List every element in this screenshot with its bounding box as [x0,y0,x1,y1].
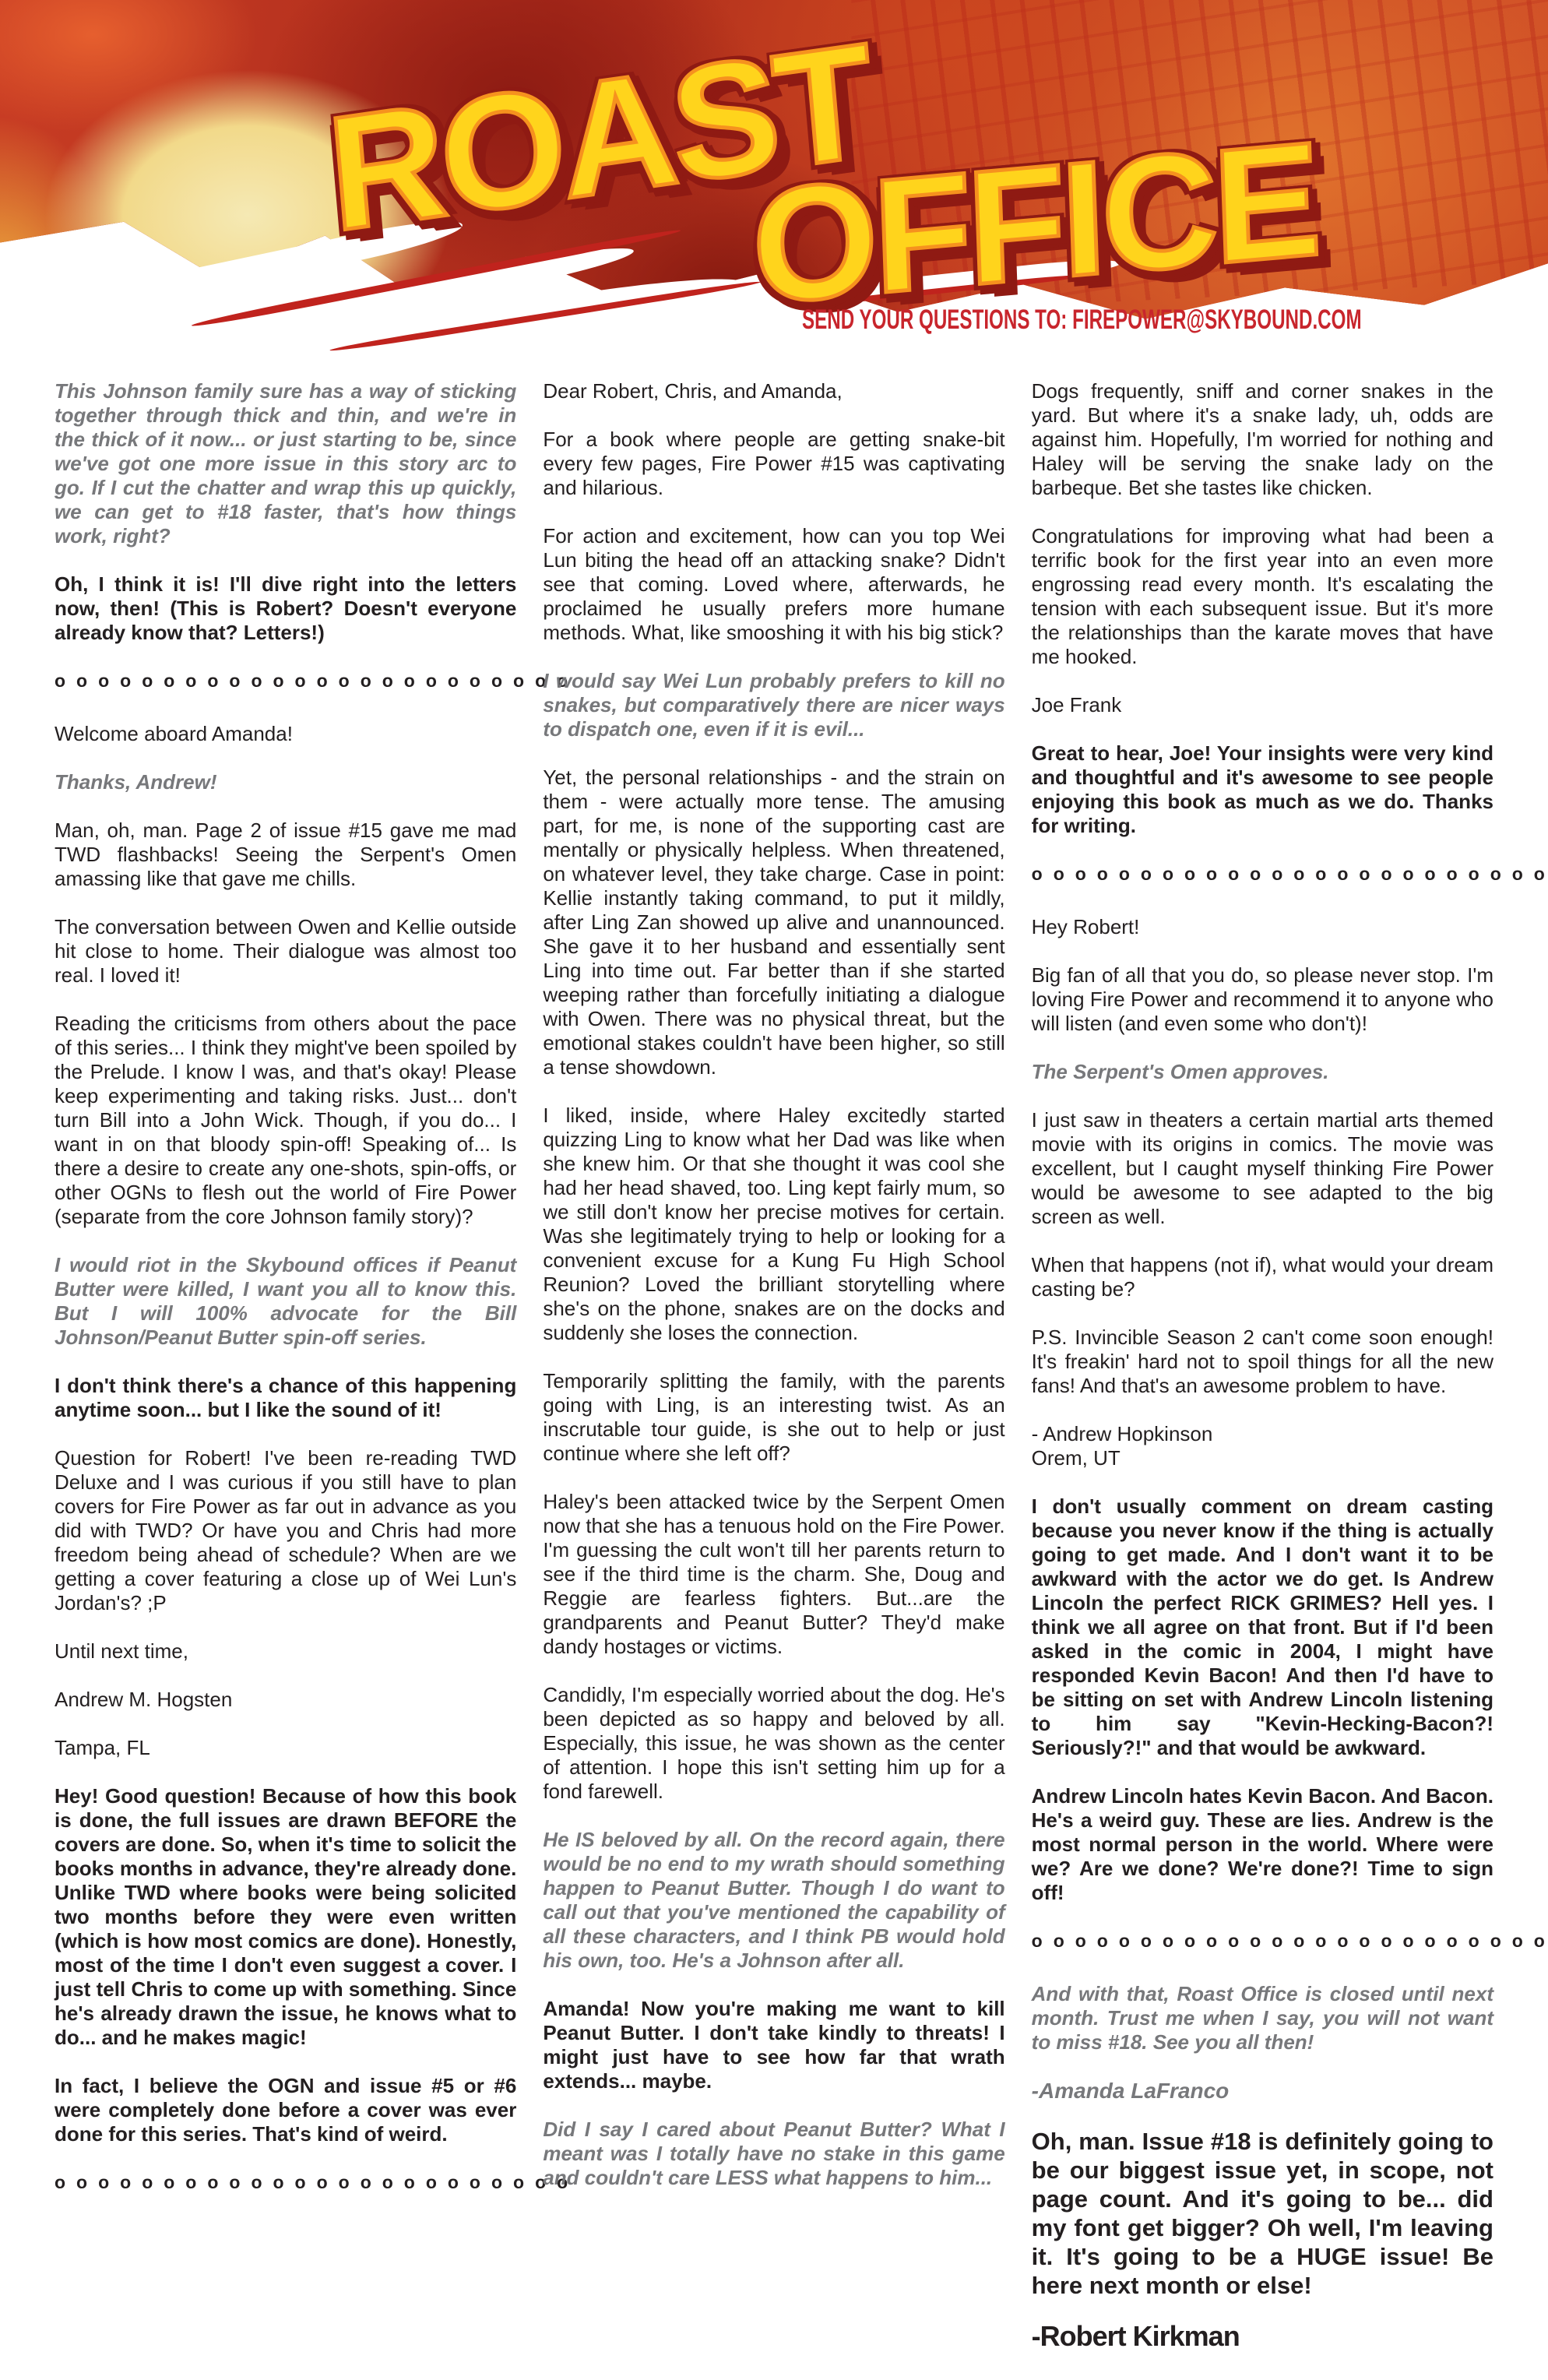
letter-paragraph: Tampa, FL [55,1736,516,1760]
amanda-response: Thanks, Andrew! [55,770,516,794]
letter-paragraph: I just saw in theaters a certain martial… [1032,1108,1493,1229]
amanda-response: I would riot in the Skybound offices if … [55,1253,516,1350]
letters-columns: This Johnson family sure has a way of st… [55,379,1493,2372]
section-separator: oooooooooooooooooooooooo [55,2171,516,2195]
letter-paragraph: Question for Robert! I've been re-readin… [55,1446,516,1615]
letter-paragraph: Reading the criticisms from others about… [55,1012,516,1229]
letter-paragraph: Man, oh, man. Page 2 of issue #15 gave m… [55,819,516,891]
robert-response: Oh, I think it is! I'll dive right into … [55,572,516,645]
letters-page: ROAST OFFICE SEND YOUR QUESTIONS TO: FIR… [0,0,1548,2380]
letter-paragraph: Andrew M. Hogsten [55,1688,516,1712]
letter-paragraph: Dear Robert, Chris, and Amanda, [543,379,1004,403]
letter-paragraph: The conversation between Owen and Kellie… [55,915,516,988]
letter-paragraph: Congratulations for improving what had b… [1032,524,1493,669]
section-separator: oooooooooooooooooooooooo [55,669,516,693]
amanda-response: The Serpent's Omen approves. [1032,1060,1493,1084]
amanda-response: I would say Wei Lun probably prefers to … [543,669,1004,741]
letter-paragraph: Big fan of all that you do, so please ne… [1032,963,1493,1036]
letter-paragraph: When that happens (not if), what would y… [1032,1253,1493,1301]
letter-paragraph: Yet, the personal relationships - and th… [543,766,1004,1079]
letter-paragraph: Dogs frequently, sniff and corner snakes… [1032,379,1493,500]
section-separator: oooooooooooooooooooooooo [1032,1929,1493,1953]
letter-paragraph: Candidly, I'm especially worried about t… [543,1683,1004,1804]
letter-paragraph: I liked, inside, where Haley excitedly s… [543,1104,1004,1345]
submission-email-line: SEND YOUR QUESTIONS TO: FIREPOWER@SKYBOU… [802,304,1362,336]
letters-column-1: This Johnson family sure has a way of st… [55,379,516,2372]
letter-paragraph: P.S. Invincible Season 2 can't come soon… [1032,1326,1493,1398]
letter-paragraph: Haley's been attacked twice by the Serpe… [543,1490,1004,1659]
robert-response: Hey! Good question! Because of how this … [55,1784,516,2050]
robert-response: Amanda! Now you're making me want to kil… [543,1997,1004,2093]
robert-response: I don't think there's a chance of this h… [55,1374,516,1422]
robert-response: Andrew Lincoln hates Kevin Bacon. And Ba… [1032,1784,1493,1905]
robert-response: Oh, man. Issue #18 is definitely going t… [1032,2127,1493,2300]
letter-paragraph: Until next time, [55,1639,516,1664]
letter-paragraph: Joe Frank [1032,693,1493,717]
letter-paragraph: For a book where people are getting snak… [543,428,1004,500]
amanda-response: This Johnson family sure has a way of st… [55,379,516,548]
robert-response: Great to hear, Joe! Your insights were v… [1032,741,1493,838]
robert-response: In fact, I believe the OGN and issue #5 … [55,2074,516,2146]
amanda-response: And with that, Roast Office is closed un… [1032,1982,1493,2054]
letter-paragraph: - Andrew Hopkinson Orem, UT [1032,1422,1493,1470]
amanda-response: -Amanda LaFranco [1032,2079,1493,2103]
section-separator: oooooooooooooooooooooooo [1032,862,1493,886]
letter-paragraph: For action and excitement, how can you t… [543,524,1004,645]
amanda-response: Did I say I cared about Peanut Butter? W… [543,2118,1004,2190]
page-header: ROAST OFFICE SEND YOUR QUESTIONS TO: FIR… [0,0,1548,366]
letter-paragraph: Temporarily splitting the family, with t… [543,1369,1004,1466]
letter-paragraph: Hey Robert! [1032,915,1493,939]
letter-paragraph: Welcome aboard Amanda! [55,722,516,746]
letters-column-2: Dear Robert, Chris, and Amanda,For a boo… [543,379,1004,2372]
robert-response: -Robert Kirkman [1032,2324,1493,2348]
robert-response: I don't usually comment on dream casting… [1032,1495,1493,1760]
amanda-response: He IS beloved by all. On the record agai… [543,1828,1004,1973]
letters-column-3: Dogs frequently, sniff and corner snakes… [1032,379,1493,2372]
